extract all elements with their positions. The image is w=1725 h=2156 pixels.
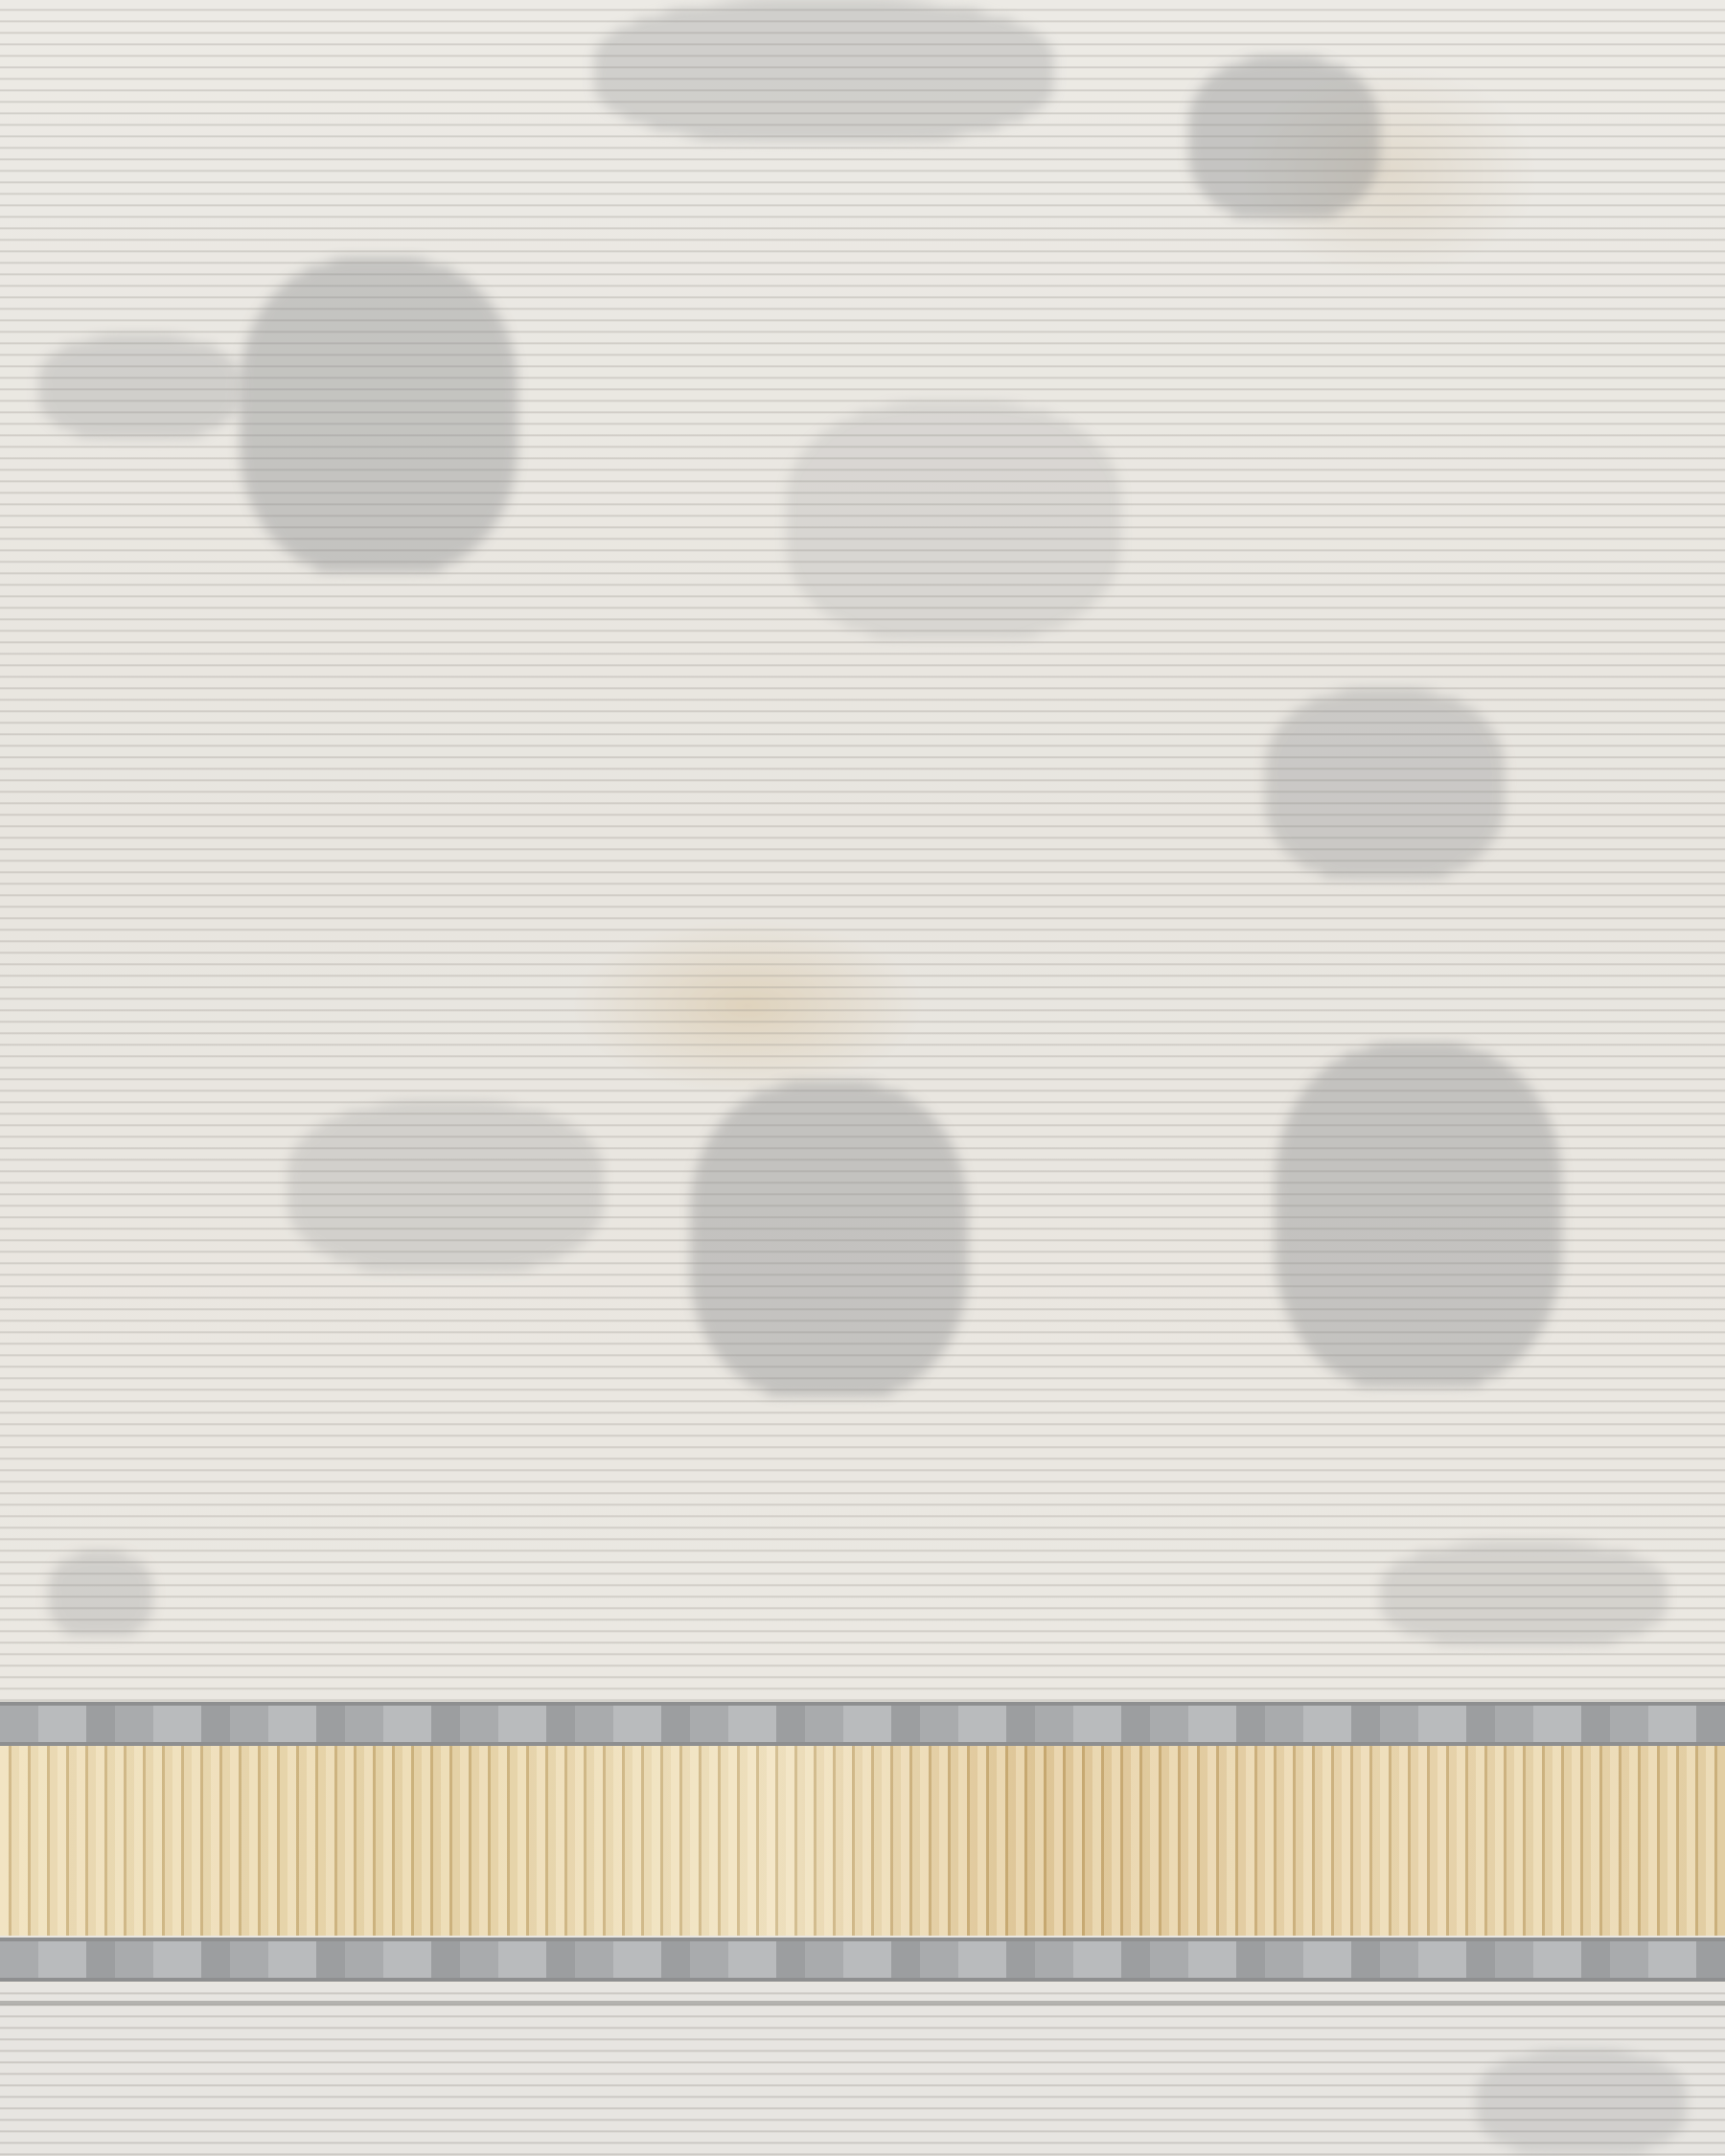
grey-border-stripe-top: [0, 1702, 1725, 1746]
grey-motif: [240, 259, 517, 575]
grey-motif: [1476, 2051, 1687, 2156]
grey-motif: [38, 335, 240, 441]
grey-motif: [1275, 1044, 1562, 1389]
grey-motif: [594, 0, 1054, 144]
gold-border-band: [0, 1746, 1725, 1936]
grey-motif: [690, 1083, 968, 1399]
thin-grey-line: [0, 2001, 1725, 2006]
rug-photo: [0, 0, 1725, 2156]
grey-motif: [287, 1102, 604, 1274]
grey-border-stripe-bottom: [0, 1938, 1725, 1982]
rug-lower-field: [0, 1984, 1725, 2156]
grey-motif: [1380, 1543, 1667, 1648]
grey-motif: [1265, 690, 1505, 882]
grey-motif: [786, 402, 1121, 642]
grey-motif: [1188, 57, 1380, 220]
grey-motif: [48, 1552, 153, 1639]
